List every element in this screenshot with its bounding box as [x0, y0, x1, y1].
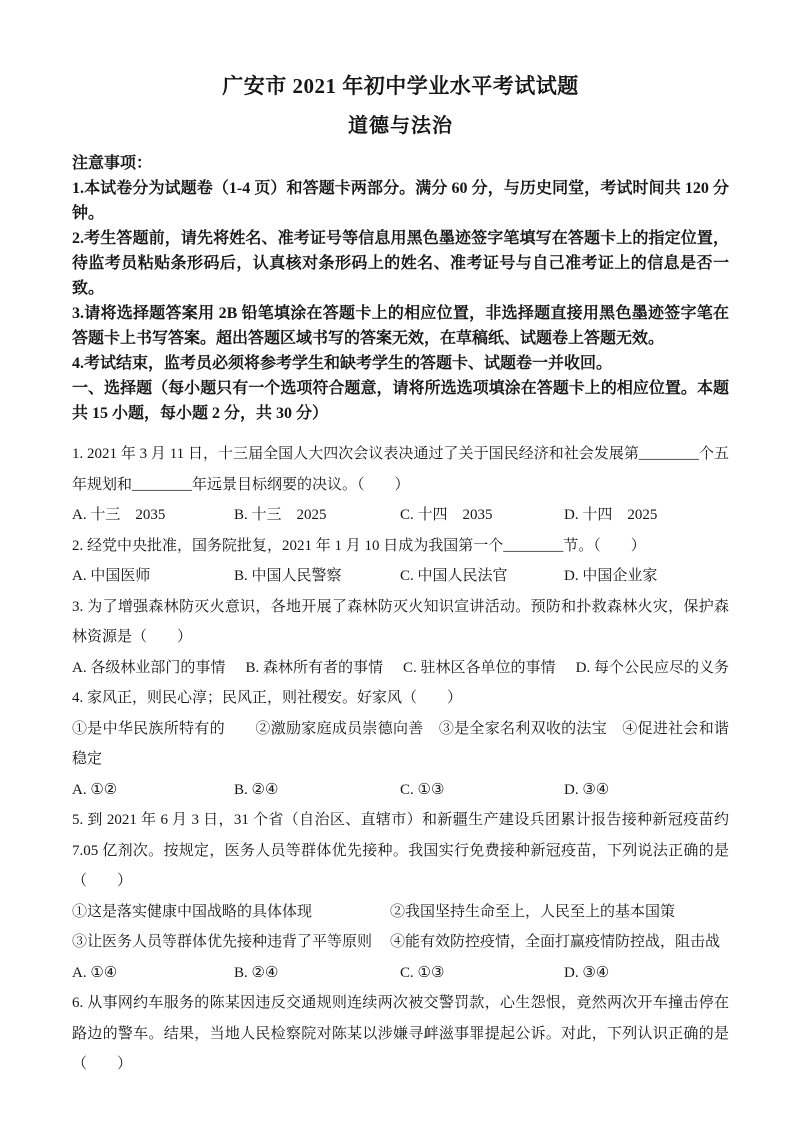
page-title: 广安市 2021 年初中学业水平考试试题: [72, 74, 729, 98]
question-1: 1. 2021 年 3 月 11 日，十三届全国人大四次会议表决通过了关于国民经…: [72, 439, 729, 531]
question-4-stem: 4. 家风正，则民心淳；民风正，则社稷安。好家风（ ）: [72, 683, 729, 714]
notice-section: 注意事项： 1.本试卷分为试题卷（1-4 页）和答题卡两部分。满分 60 分，与…: [72, 151, 729, 426]
question-5-option-c: C. ①③: [400, 958, 564, 989]
notice-item-1: 1.本试卷分为试题卷（1-4 页）和答题卡两部分。满分 60 分，与历史同堂，考…: [72, 176, 729, 226]
question-5-sub-option-3: ③让医务人员等群体优先接种违背了平等原则: [72, 927, 390, 958]
question-6-stem: 6. 从事网约车服务的陈某因违反交通规则连续两次被交警罚款，心生怨恨，竟然两次开…: [72, 988, 729, 1080]
question-4-option-a: A. ①②: [72, 775, 234, 806]
question-3-option-b: B. 森林所有者的事情: [245, 653, 383, 684]
notice-heading: 注意事项：: [72, 151, 729, 176]
question-5-sub-options: ①这是落实健康中国战略的具体体现 ②我国坚持生命至上，人民至上的基本国策 ③让医…: [72, 897, 729, 958]
question-1-option-a: A. 十三 2035: [72, 500, 234, 531]
question-3: 3. 为了增强森林防灭火意识，各地开展了森林防灭火知识宣讲活动。预防和扑救森林火…: [72, 592, 729, 684]
question-2-stem: 2. 经党中央批准，国务院批复，2021 年 1 月 10 日成为我国第一个__…: [72, 531, 729, 562]
page-subtitle: 道德与法治: [72, 114, 729, 138]
question-5-option-d: D. ③④: [564, 958, 729, 989]
question-5-stem: 5. 到 2021 年 6 月 3 日，31 个省（自治区、直辖市）和新疆生产建…: [72, 805, 729, 897]
question-list: 1. 2021 年 3 月 11 日，十三届全国人大四次会议表决通过了关于国民经…: [72, 439, 729, 1080]
question-3-option-c: C. 驻林区各单位的事情: [403, 653, 556, 684]
question-4-option-d: D. ③④: [564, 775, 729, 806]
question-5-sub-option-4: ④能有效防控疫情，全面打赢疫情防控战，阻击战: [390, 927, 729, 958]
question-6: 6. 从事网约车服务的陈某因违反交通规则连续两次被交警罚款，心生怨恨，竟然两次开…: [72, 988, 729, 1080]
question-4-option-b: B. ②④: [234, 775, 400, 806]
notice-item-4: 4.考试结束，监考员必须将参考学生和缺考学生的答题卡、试题卷一并收回。: [72, 351, 729, 376]
question-1-option-c: C. 十四 2035: [400, 500, 564, 531]
question-2-option-b: B. 中国人民警察: [234, 561, 400, 592]
question-3-stem: 3. 为了增强森林防灭火意识，各地开展了森林防灭火知识宣讲活动。预防和扑救森林火…: [72, 592, 729, 653]
question-4-option-c: C. ①③: [400, 775, 564, 806]
question-1-stem: 1. 2021 年 3 月 11 日，十三届全国人大四次会议表决通过了关于国民经…: [72, 439, 729, 500]
question-4: 4. 家风正，则民心淳；民风正，则社稷安。好家风（ ） ①是中华民族所特有的 ②…: [72, 683, 729, 805]
question-4-options: A. ①② B. ②④ C. ①③ D. ③④: [72, 775, 729, 806]
question-1-options: A. 十三 2035 B. 十三 2025 C. 十四 2035 D. 十四 2…: [72, 500, 729, 531]
question-2-option-a: A. 中国医师: [72, 561, 234, 592]
question-2-option-d: D. 中国企业家: [564, 561, 729, 592]
question-5-sub-option-2: ②我国坚持生命至上，人民至上的基本国策: [390, 897, 729, 928]
question-2: 2. 经党中央批准，国务院批复，2021 年 1 月 10 日成为我国第一个__…: [72, 531, 729, 592]
question-5: 5. 到 2021 年 6 月 3 日，31 个省（自治区、直辖市）和新疆生产建…: [72, 805, 729, 988]
question-3-options: A. 各级林业部门的事情 B. 森林所有者的事情 C. 驻林区各单位的事情 D.…: [72, 653, 729, 684]
exam-paper-page: 广安市 2021 年初中学业水平考试试题 道德与法治 注意事项： 1.本试卷分为…: [0, 0, 793, 1122]
question-3-option-d: D. 每个公民应尽的义务: [576, 653, 729, 684]
question-3-option-a: A. 各级林业部门的事情: [72, 653, 225, 684]
question-5-option-a: A. ①④: [72, 958, 234, 989]
question-1-option-d: D. 十四 2025: [564, 500, 729, 531]
question-2-options: A. 中国医师 B. 中国人民警察 C. 中国人民法官 D. 中国企业家: [72, 561, 729, 592]
notice-item-2: 2.考生答题前，请先将姓名、准考证号等信息用黑色墨迹签字笔填写在答题卡上的指定位…: [72, 226, 729, 301]
question-5-options: A. ①④ B. ②④ C. ①③ D. ③④: [72, 958, 729, 989]
question-5-option-b: B. ②④: [234, 958, 400, 989]
question-5-sub-option-1: ①这是落实健康中国战略的具体体现: [72, 897, 390, 928]
section-heading: 一、选择题（每小题只有一个选项符合题意，请将所选选项填涂在答题卡上的相应位置。本…: [72, 376, 729, 426]
question-4-sub-options: ①是中华民族所特有的 ②激励家庭成员崇德向善 ③是全家名利双收的法宝 ④促进社会…: [72, 714, 729, 775]
notice-item-3: 3.请将选择题答案用 2B 铅笔填涂在答题卡上的相应位置，非选择题直接用黑色墨迹…: [72, 301, 729, 351]
question-2-option-c: C. 中国人民法官: [400, 561, 564, 592]
question-1-option-b: B. 十三 2025: [234, 500, 400, 531]
